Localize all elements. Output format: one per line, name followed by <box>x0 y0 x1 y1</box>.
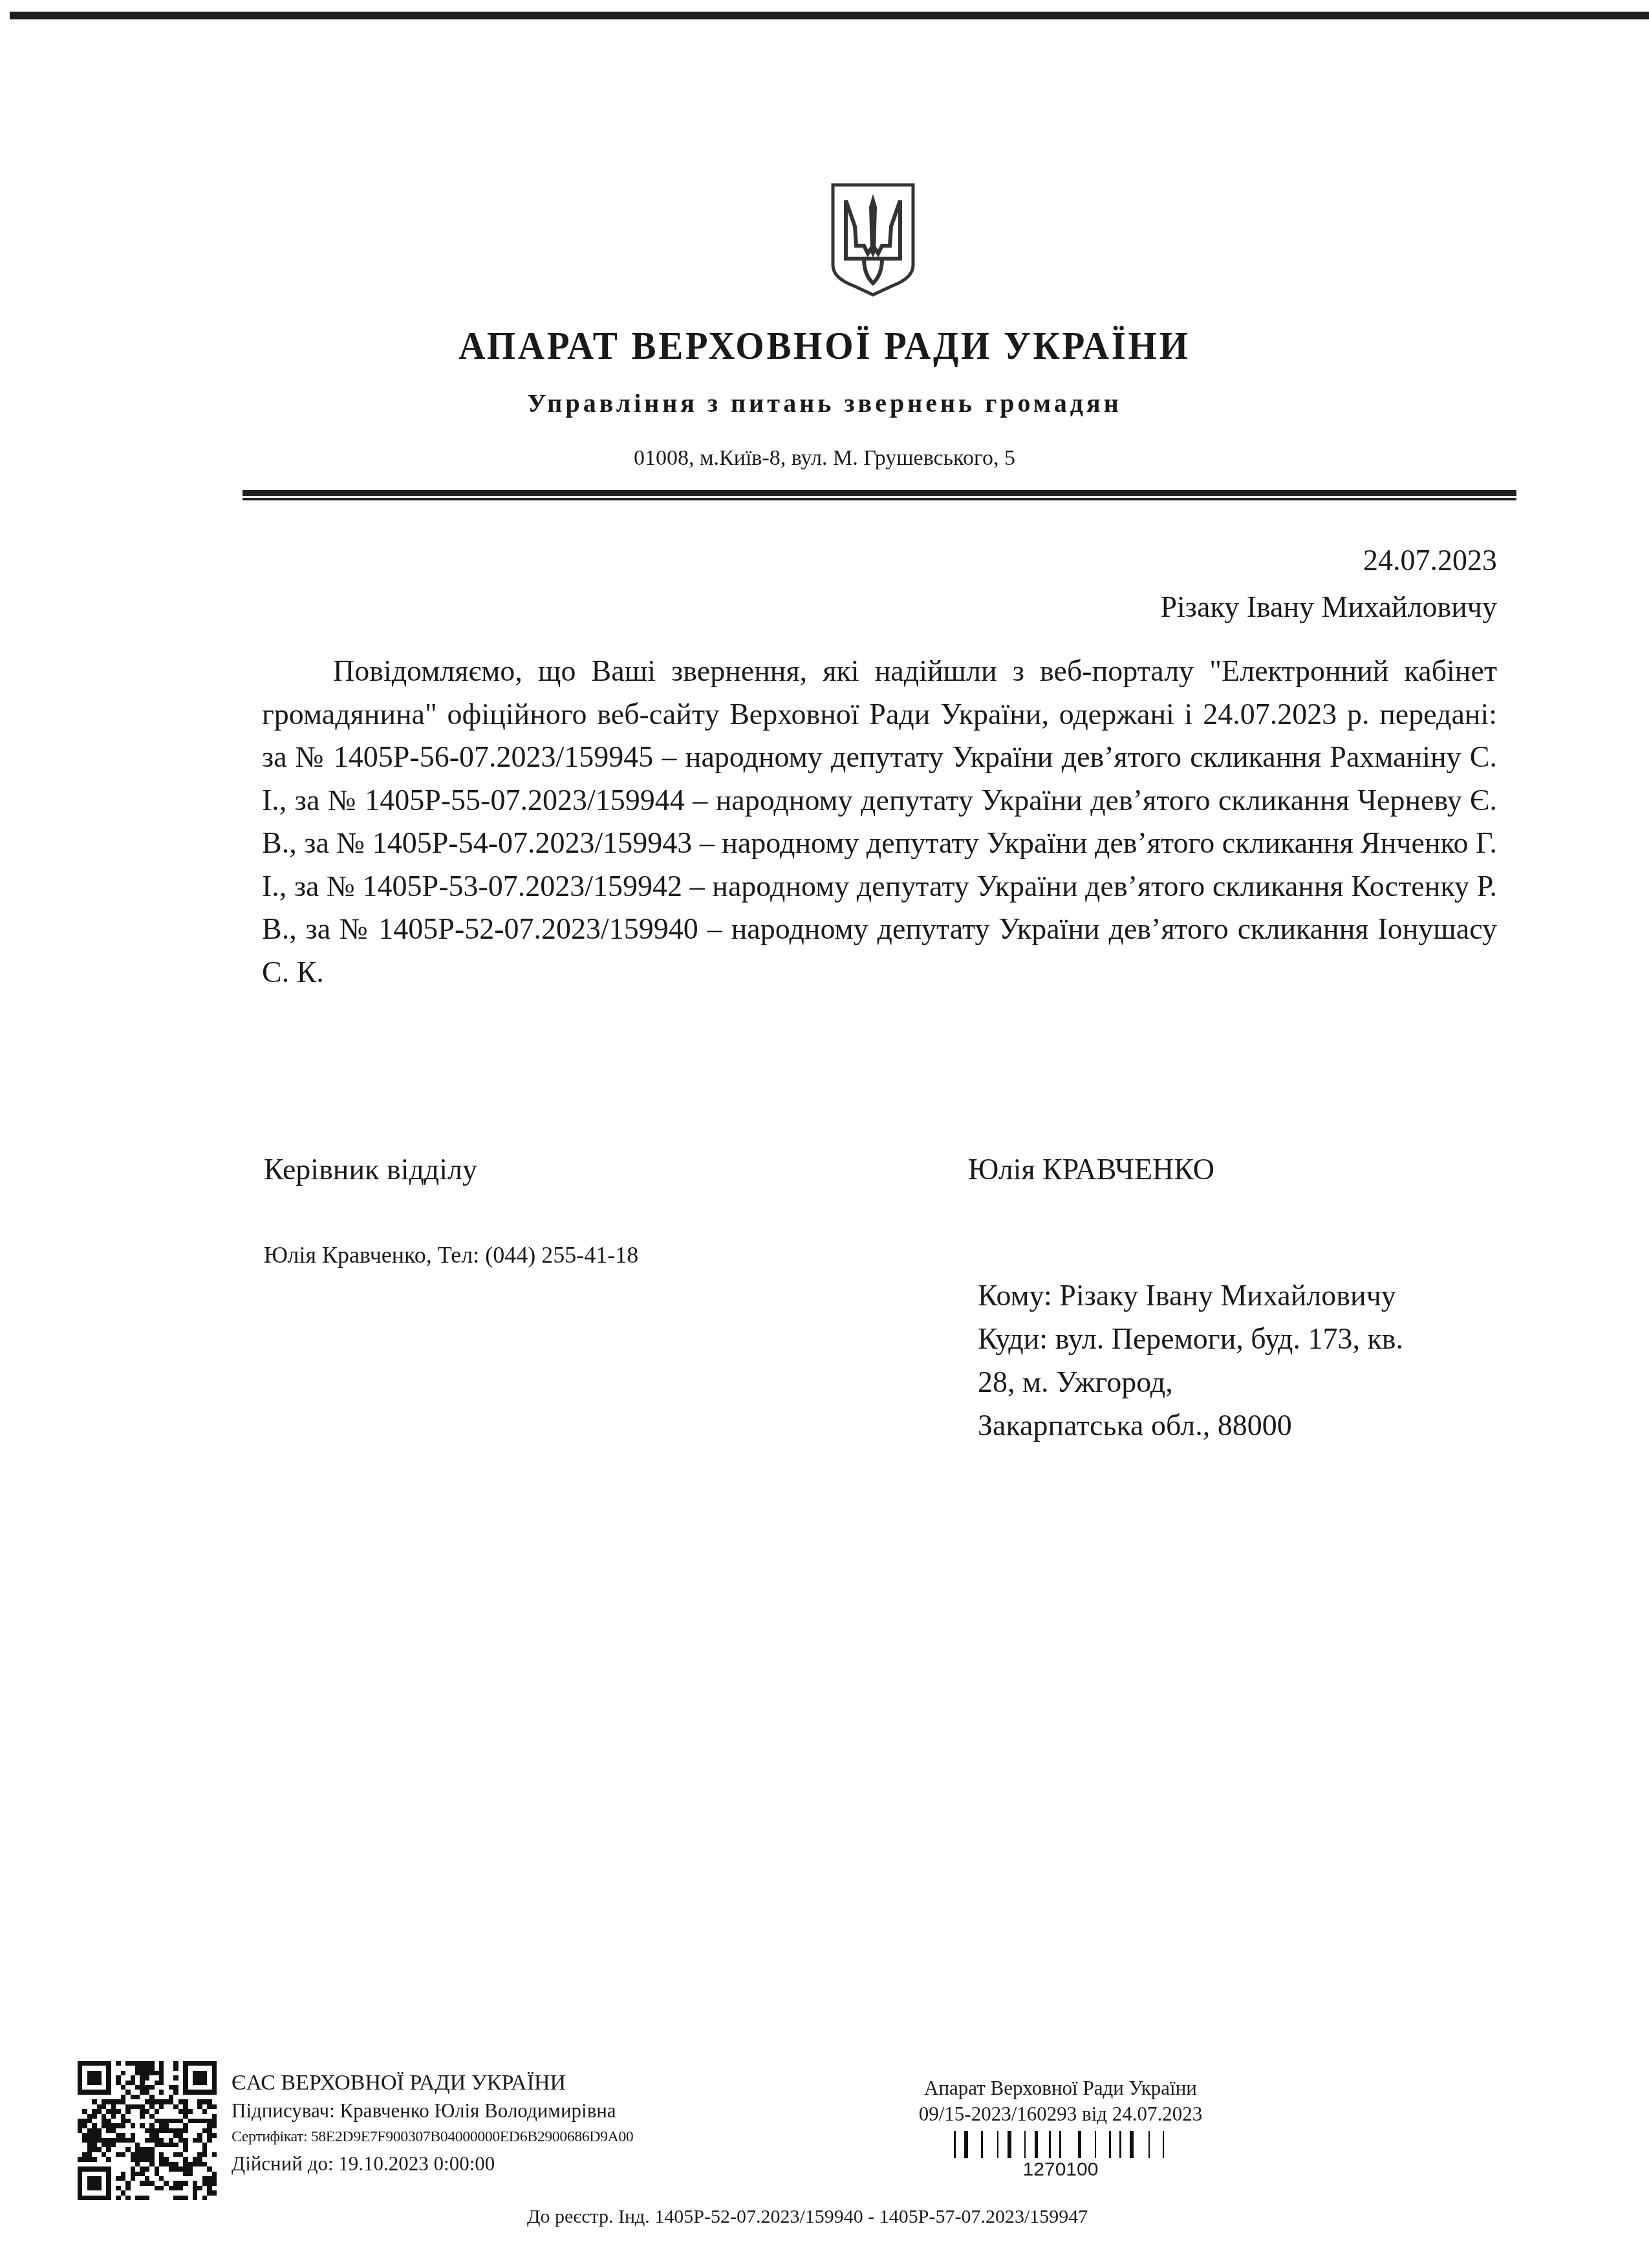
header-divider <box>242 490 1516 496</box>
eas-certificate: Сертифікат: 58E2D9E7F900307B04000000ED6B… <box>232 2124 633 2149</box>
e-signature-block: ЄАС ВЕРХОВНОЇ РАДИ УКРАЇНИ Підписувач: К… <box>232 2069 633 2179</box>
recipient-to-line: Кому: Різаку Івану Михайловичу <box>978 1274 1403 1317</box>
recipient-address-block: Кому: Різаку Івану Михайловичу Куди: вул… <box>978 1274 1403 1447</box>
letter-date: 24.07.2023 <box>1363 543 1497 577</box>
eas-valid-until: Дійсний до: 19.10.2023 0:00:00 <box>232 2149 633 2179</box>
letter-addressee: Різаку Івану Михайловичу <box>1161 590 1498 624</box>
eas-signer: Підписувач: Кравченко Юлія Володимирівна <box>232 2097 633 2124</box>
registry-organization: Апарат Верховної Ради України <box>883 2075 1238 2101</box>
header-divider-thin <box>242 498 1516 500</box>
department-title: Управління з питань звернень громадян <box>0 388 1649 418</box>
scan-edge-bar <box>10 12 1649 19</box>
recipient-region-line: Закарпатська обл., 88000 <box>978 1404 1403 1447</box>
organization-title: АПАРАТ ВЕРХОВНОЇ РАДИ УКРАЇНИ <box>66 323 1583 369</box>
registry-number: 09/15-2023/160293 від 24.07.2023 <box>883 2101 1238 2127</box>
recipient-street-line: Куди: вул. Перемоги, буд. 173, кв. <box>978 1317 1403 1360</box>
letter-body: Повідомляємо, що Ваші звернення, які над… <box>262 650 1497 994</box>
executor-contact: Юлія Кравченко, Тел: (044) 255-41-18 <box>264 1241 638 1268</box>
registry-index: До реєстр. Інд. 1405Р-52-07.2023/159940 … <box>527 2206 1088 2228</box>
recipient-city-line: 28, м. Ужгород, <box>978 1360 1403 1404</box>
barcode-number: 1270100 <box>883 2158 1238 2181</box>
qr-code-icon <box>78 2061 217 2200</box>
signer-name: Юлія КРАВЧЕНКО <box>968 1152 1214 1186</box>
eas-title: ЄАС ВЕРХОВНОЇ РАДИ УКРАЇНИ <box>232 2069 633 2097</box>
registration-stamp: Апарат Верховної Ради України 09/15-2023… <box>883 2075 1238 2181</box>
trident-emblem-icon <box>828 181 918 297</box>
organization-address: 01008, м.Київ-8, вул. М. Грушевського, 5 <box>0 446 1649 471</box>
barcode-icon <box>954 2131 1167 2158</box>
signer-role: Керівник відділу <box>264 1152 477 1186</box>
